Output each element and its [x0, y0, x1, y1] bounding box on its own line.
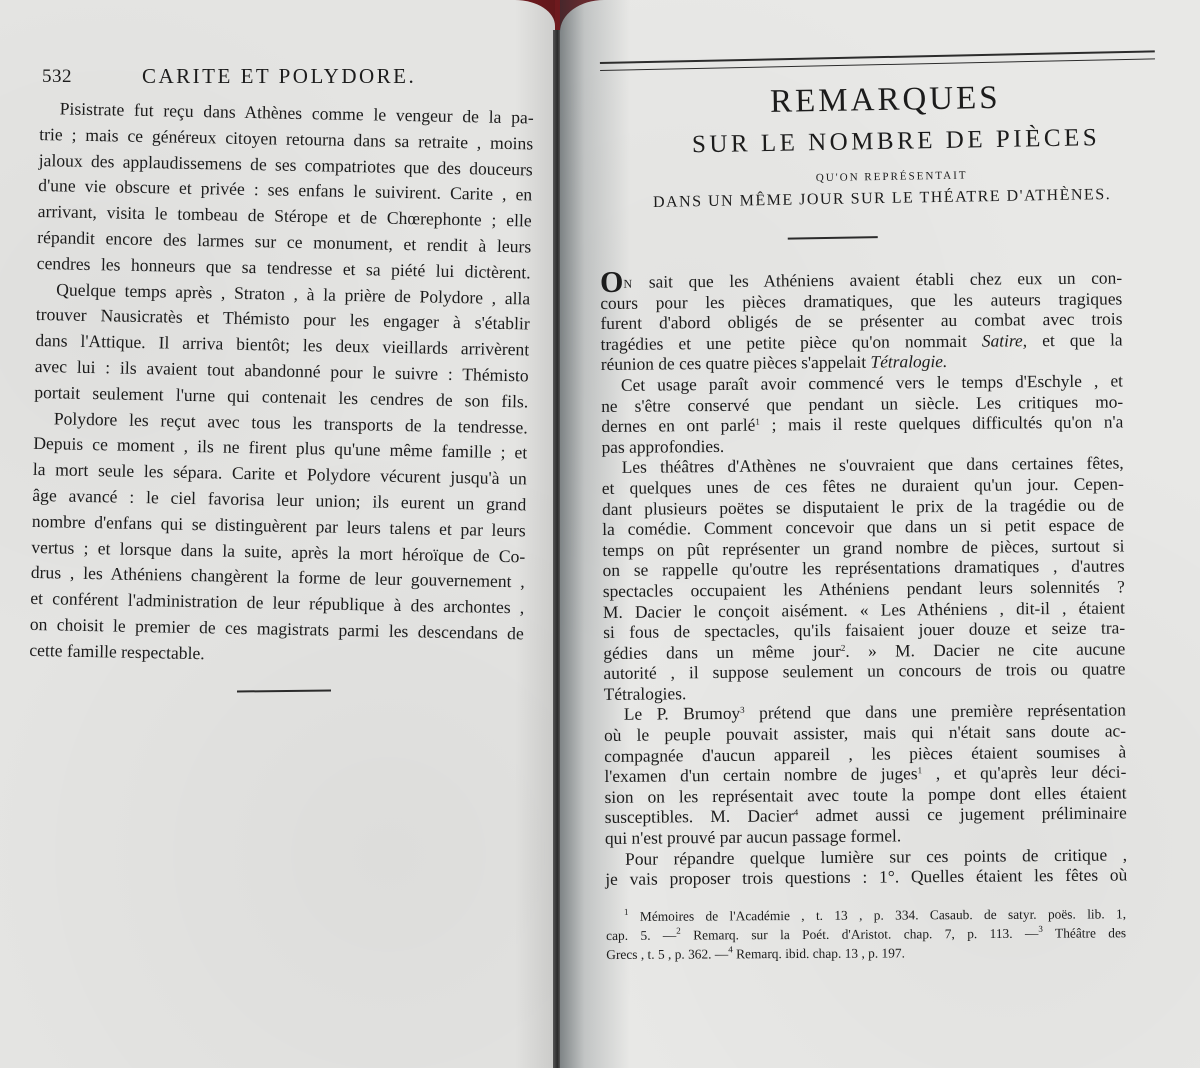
- footnote-line: Grecs , t. 5 , p. 362. —4 Remarq. ibid. …: [606, 942, 1126, 964]
- open-book: 532 CARITE ET POLYDORE. Pisistrate fut r…: [0, 0, 1200, 1068]
- right-body-text: ON sait que les Athéniens avaient établi…: [600, 267, 1127, 889]
- title-line-2: SUR LE NOMBRE DE PIÈCES: [631, 117, 1162, 166]
- running-head: 532 CARITE ET POLYDORE.: [42, 66, 542, 92]
- title-line-1: REMARQUES: [610, 75, 1161, 125]
- chapter-title: REMARQUES SUR LE NOMBRE DE PIÈCES QU'ON …: [600, 75, 1163, 243]
- running-head-title: CARITE ET POLYDORE.: [142, 64, 416, 89]
- left-page: 532 CARITE ET POLYDORE. Pisistrate fut r…: [0, 0, 555, 1068]
- footnotes: 1 Mémoires de l'Académie , t. 13 , p. 33…: [606, 904, 1126, 964]
- italic-term: Tétralogie.: [870, 351, 947, 372]
- left-body-text: Pisistrate fut reçu dans Athènes comme l…: [29, 96, 534, 673]
- section-end-rule: [237, 690, 331, 693]
- page-number: 532: [42, 66, 72, 88]
- italic-term: Satire,: [982, 330, 1027, 350]
- footnote-line: cap. 5. —2 Remarq. sur la Poét. d'Aristo…: [606, 923, 1126, 945]
